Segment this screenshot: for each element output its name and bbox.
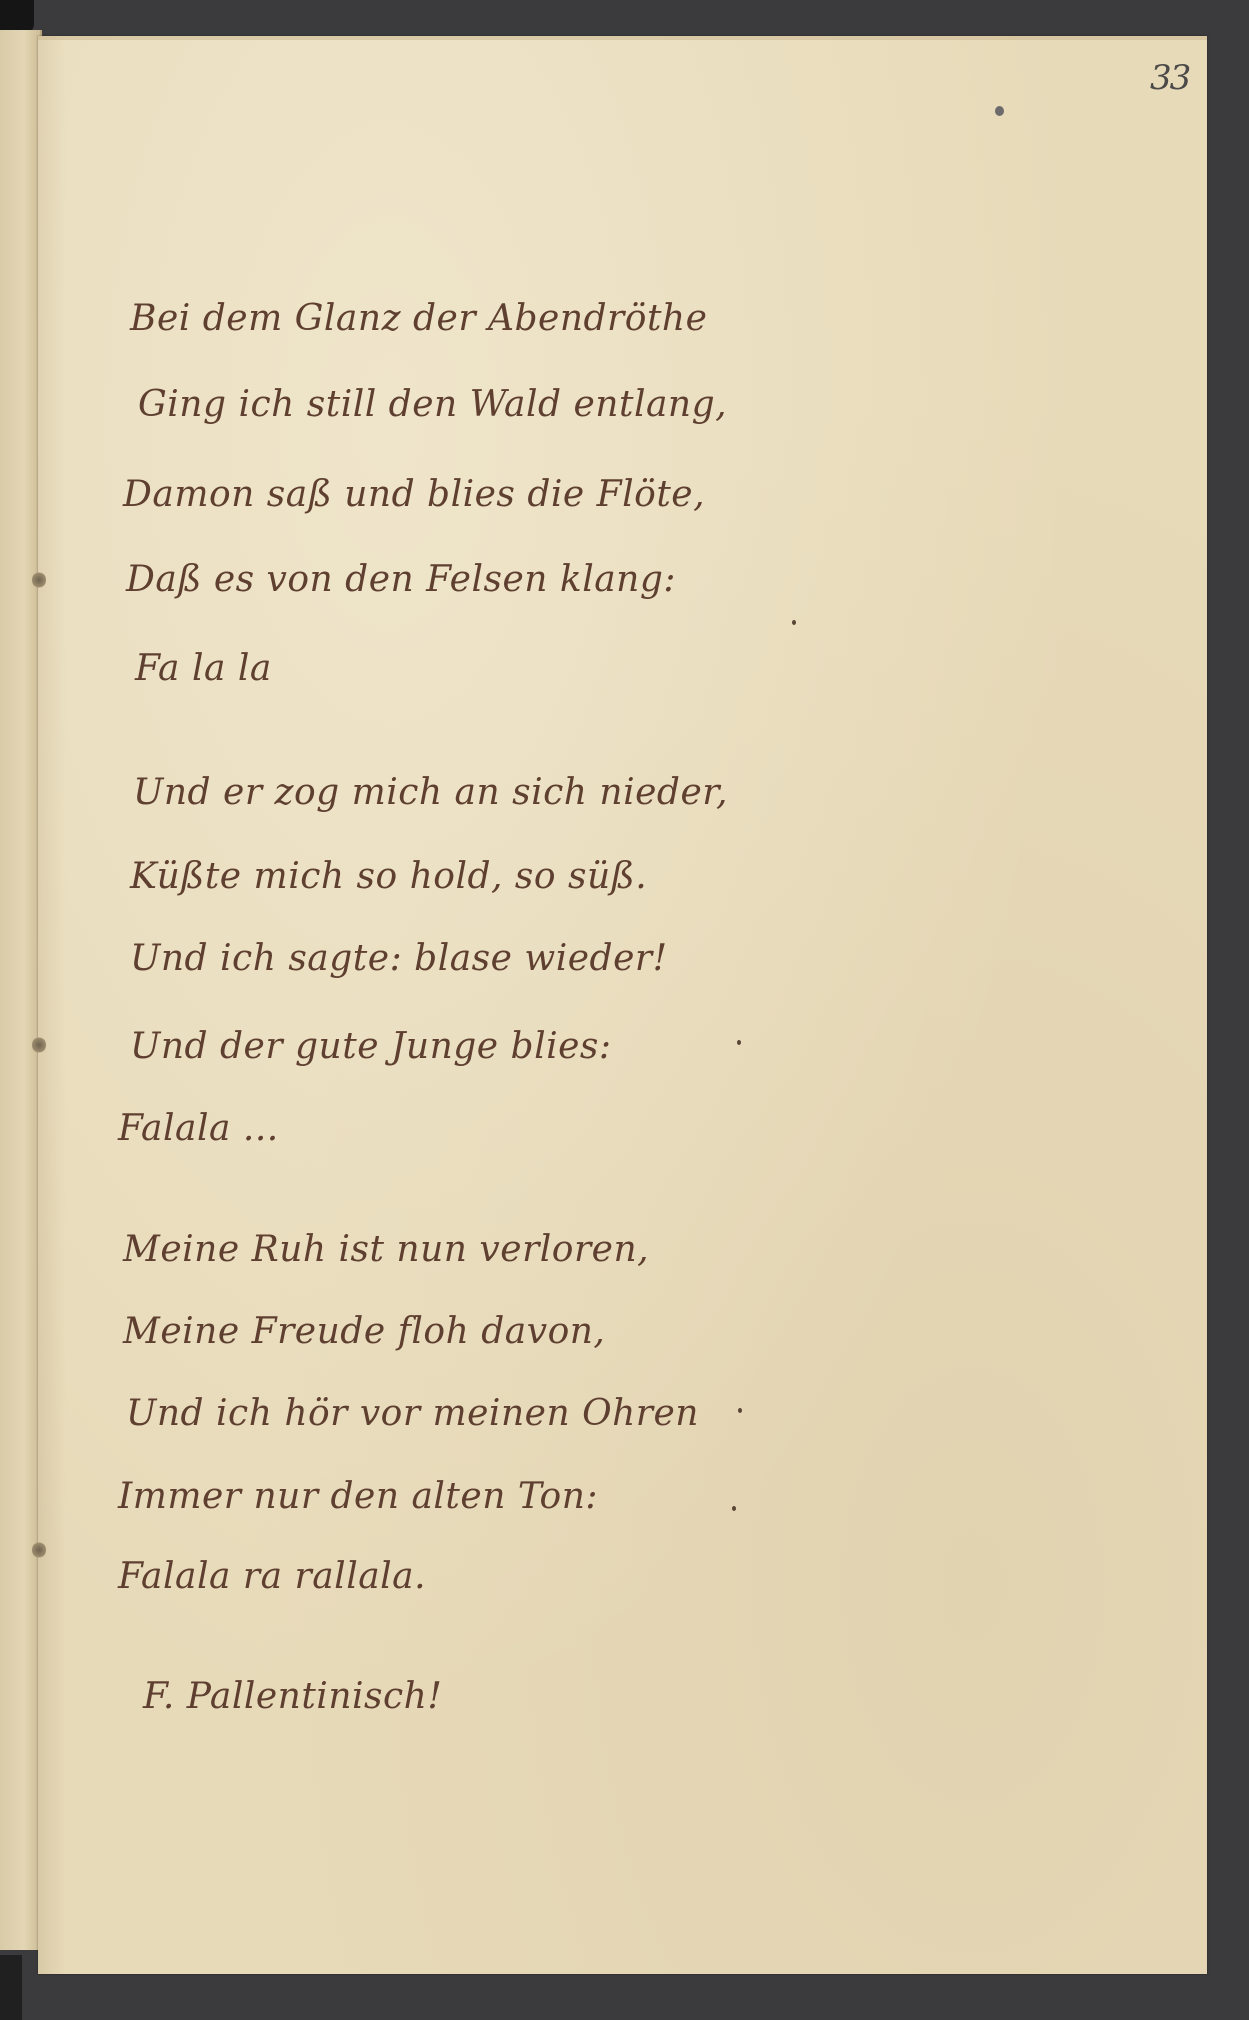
poem-line: Falala ... [118, 1108, 279, 1149]
poem-line: Damon saß und blies die Flöte, [123, 474, 705, 515]
poem-line: Meine Freude floh davon, [123, 1311, 605, 1352]
book-spine-top [0, 0, 34, 34]
ink-dot [738, 1408, 742, 1413]
ink-dot [792, 620, 796, 625]
poem-line: Immer nur den alten Ton: [118, 1476, 598, 1517]
poem-line: Und ich sagte: blase wieder! [130, 938, 668, 979]
poem-line: Und er zog mich an sich nieder, [133, 772, 728, 813]
manuscript-page: 33 Bei dem Glanz der Abendröthe Ging ich… [38, 36, 1207, 1974]
poem-line: Daß es von den Felsen klang: [126, 559, 676, 600]
facing-page-edge [0, 30, 42, 1950]
poem-line: Bei dem Glanz der Abendröthe [130, 298, 707, 339]
signature: F. Pallentinisch! [143, 1676, 442, 1717]
poem-line: Küßte mich so hold, so süß. [130, 856, 647, 897]
book-spine-bottom [0, 1955, 22, 2020]
ink-dot [737, 1040, 741, 1045]
poem: Bei dem Glanz der Abendröthe Ging ich st… [38, 36, 1207, 1974]
poem-line: Und ich hör vor meinen Ohren [126, 1393, 699, 1434]
poem-line: Falala ra rallala. [118, 1556, 426, 1597]
ink-dot [732, 1506, 736, 1511]
poem-line: Meine Ruh ist nun verloren, [123, 1229, 649, 1270]
poem-line: Und der gute Junge blies: [130, 1026, 612, 1067]
poem-line: Fa la la [135, 648, 272, 689]
poem-line: Ging ich still den Wald entlang, [138, 384, 727, 425]
